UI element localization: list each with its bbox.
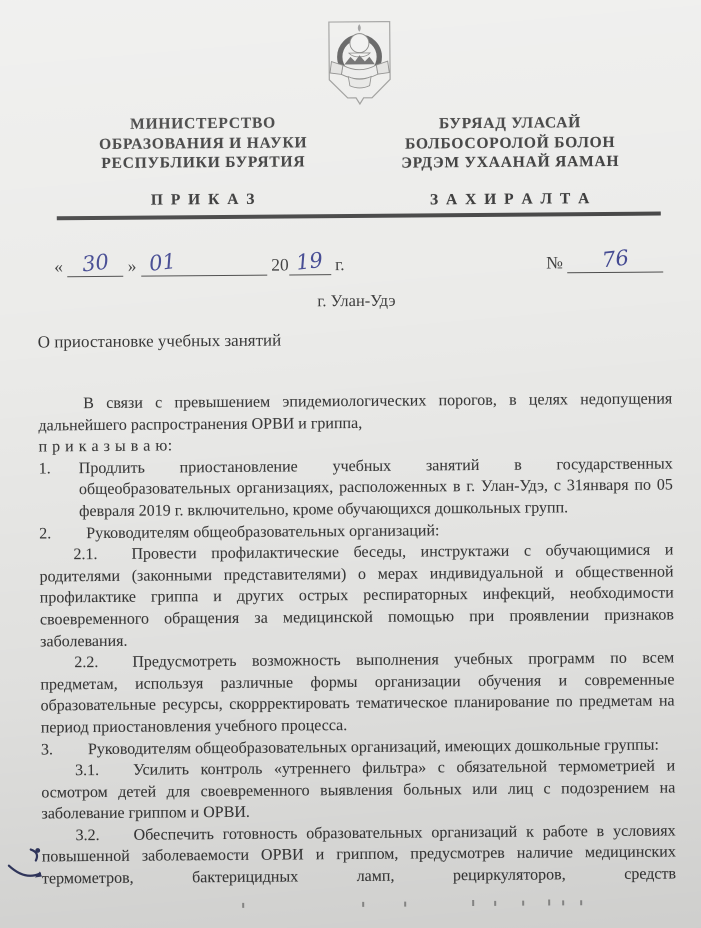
doc-type-zahiralta: З А Х И Р А Л Т А — [361, 188, 661, 210]
org-line: ЭРДЭМ УХААНАЙ ЯАМАН — [360, 152, 660, 174]
number-field: 76 — [567, 248, 663, 274]
year-suffix: г. — [335, 254, 345, 274]
org-line: РЕСПУБЛИКИ БУРЯТИЯ — [53, 152, 353, 174]
cut-off-text-fragments — [242, 891, 701, 903]
order-item-1: 1.Продлить приостановление учебных занят… — [39, 453, 673, 523]
item-number: 2.1. — [73, 544, 131, 566]
close-quote: » — [128, 256, 137, 276]
header-divider-rule — [57, 212, 661, 220]
order-item-2-1: 2.1.Провести профилактические беседы, ин… — [39, 540, 674, 653]
item-number: 3.2. — [76, 825, 134, 847]
item-text: Усилить контроль «утреннего фильтра» с о… — [41, 758, 675, 823]
handwritten-day: 30 — [81, 251, 110, 276]
scanned-order-document: МИНИСТЕРСТВО ОБРАЗОВАНИЯ И НАУКИ РЕСПУБЛ… — [0, 0, 701, 928]
handwritten-month: 01 — [148, 250, 177, 275]
item-number: 2.2. — [74, 652, 132, 674]
handwritten-margin-mark — [5, 845, 47, 893]
org-line: МИНИСТЕРСТВО — [53, 113, 353, 135]
item-text: Предусмотреть возможность выполнения уче… — [40, 650, 674, 737]
document-subject: О приостановке учебных занятий — [38, 331, 282, 353]
intro-paragraph: В связи с превышением эпидемиологических… — [38, 388, 672, 436]
handwritten-year: 19 — [295, 249, 324, 274]
org-line: БУРЯАД УЛАСАЙ — [360, 113, 660, 135]
org-line: БОЛБОСОРОЛОЙ БОЛОН — [360, 132, 660, 154]
month-field: 01 — [141, 251, 267, 277]
year-field: 19 — [289, 250, 331, 275]
ministry-name-russian: МИНИСТЕРСТВО ОБРАЗОВАНИЯ И НАУКИ РЕСПУБЛ… — [53, 113, 354, 210]
item-number: 3.1. — [75, 760, 133, 782]
doc-type-prikaz: П Р И К А З — [54, 188, 354, 210]
item-text: Провести профилактические беседы, инстру… — [40, 542, 674, 650]
ministry-name-buryat: БУРЯАД УЛАСАЙ БОЛБОСОРОЛОЙ БОЛОН ЭРДЭМ У… — [360, 113, 661, 210]
item-number: 1. — [39, 458, 79, 480]
number-sign: № — [546, 252, 563, 272]
document-number-group: № 76 — [546, 248, 663, 274]
item-text: Руководителям общеобразовательных органи… — [86, 522, 439, 542]
order-item-3-2: 3.2.Обеспечить готовность образовательны… — [42, 820, 676, 890]
item-number: 3. — [41, 739, 88, 761]
org-line: ОБРАЗОВАНИЯ И НАУКИ — [53, 132, 353, 154]
day-field: 30 — [67, 252, 123, 277]
year-prefix: 20 — [271, 254, 289, 274]
order-item-2-2: 2.2.Предусмотреть возможность выполнения… — [40, 648, 675, 739]
order-item-3-1: 3.1.Усилить контроль «утреннего фильтра»… — [41, 756, 675, 826]
document-body: В связи с превышением эпидемиологических… — [38, 388, 676, 890]
handwritten-number: 76 — [601, 246, 630, 271]
open-quote: « — [54, 256, 63, 276]
item-text: Обеспечить готовность образовательных ор… — [42, 822, 676, 887]
item-number: 2. — [39, 523, 86, 545]
item-text: Руководителям общеобразовательных органи… — [88, 736, 659, 757]
date-and-number-row: « 30 » 01 2019 г. № 76 — [54, 247, 670, 277]
item-text: Продлить приостановление учебных занятий… — [79, 455, 673, 520]
coat-of-arms-buryatia-icon — [321, 20, 398, 113]
document-content: МИНИСТЕРСТВО ОБРАЗОВАНИЯ И НАУКИ РЕСПУБЛ… — [0, 0, 701, 928]
city-line: г. Улан-Удэ — [0, 288, 701, 314]
